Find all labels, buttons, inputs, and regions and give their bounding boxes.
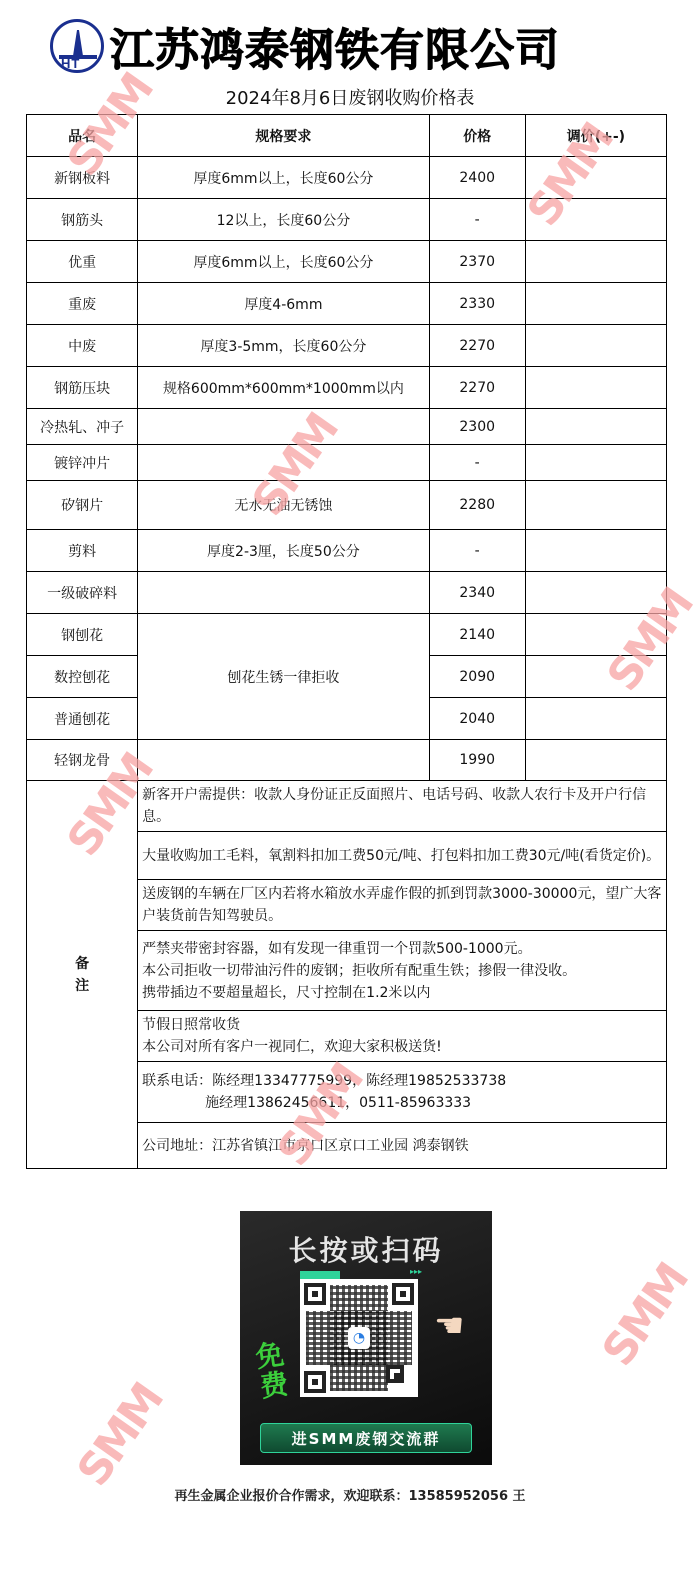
contact-phone-line: 施经理13862456611，0511-85963333 bbox=[142, 1092, 662, 1114]
col-header-spec: 规格要求 bbox=[138, 115, 429, 157]
col-header-adjust: 调价(+-) bbox=[525, 115, 666, 157]
item-adjust bbox=[525, 157, 666, 199]
note-line: 节假日照常收货 bbox=[142, 1014, 662, 1036]
item-adjust bbox=[525, 199, 666, 241]
note-line: 本公司对所有客户一视同仁，欢迎大家积极送货! bbox=[142, 1036, 662, 1058]
item-price: - bbox=[429, 199, 525, 241]
table-row: 剪料 厚度2-3厘，长度50公分 - bbox=[27, 530, 667, 572]
item-price: 2330 bbox=[429, 283, 525, 325]
item-price: 2300 bbox=[429, 409, 525, 445]
table-row: 钢筋压块 规格600mm*600mm*1000mm以内 2270 bbox=[27, 367, 667, 409]
item-spec: 厚度6mm以上，长度60公分 bbox=[138, 241, 429, 283]
item-adjust bbox=[525, 283, 666, 325]
table-row: 重废 厚度4-6mm 2330 bbox=[27, 283, 667, 325]
item-price: - bbox=[429, 530, 525, 572]
table-header-row: 品名 规格要求 价格 调价(+-) bbox=[27, 115, 667, 157]
item-price: 2270 bbox=[429, 367, 525, 409]
note-holiday: 节假日照常收货 本公司对所有客户一视同仁，欢迎大家积极送货! bbox=[138, 1011, 667, 1062]
item-price: 2400 bbox=[429, 157, 525, 199]
free-badge: 免 费 bbox=[254, 1339, 290, 1402]
item-adjust bbox=[525, 698, 666, 740]
smm-watermark: SMM bbox=[593, 1256, 698, 1376]
item-name: 新钢板料 bbox=[27, 157, 138, 199]
item-spec bbox=[138, 409, 429, 445]
qr-finder-icon bbox=[304, 1371, 326, 1393]
notes-row: 备 注 新客开户需提供：收款人身份证正反面照片、电话号码、收款人农行卡及开户行信… bbox=[27, 781, 667, 832]
note-line: 携带插边不要超量超长，尺寸控制在1.2米以内 bbox=[142, 982, 662, 1004]
table-row: 轻钢龙骨 1990 bbox=[27, 740, 667, 781]
item-name: 镀锌冲片 bbox=[27, 445, 138, 481]
notes-label: 备 注 bbox=[27, 781, 138, 1169]
item-spec bbox=[138, 572, 429, 614]
item-adjust bbox=[525, 614, 666, 656]
note-contact: 联系电话：陈经理13347775999，陈经理19852533738 施经理13… bbox=[138, 1062, 667, 1123]
qr-code-card[interactable]: 长按或扫码 ▸▸▸ ◔ 免 费 ☚ 进SMM废钢交流群 bbox=[240, 1211, 492, 1465]
chat-logo-icon: ◔ bbox=[348, 1327, 370, 1349]
free-text: 费 bbox=[258, 1369, 290, 1403]
table-row: 中废 厚度3-5mm，长度60公分 2270 bbox=[27, 325, 667, 367]
item-price: 2370 bbox=[429, 241, 525, 283]
table-row: 镀锌冲片 - bbox=[27, 445, 667, 481]
item-name: 一级破碎料 bbox=[27, 572, 138, 614]
item-adjust bbox=[525, 325, 666, 367]
page-title: 2024年8月6日废钢收购价格表 bbox=[0, 84, 700, 110]
table-row: 优重 厚度6mm以上，长度60公分 2370 bbox=[27, 241, 667, 283]
note-line: 本公司拒收一切带油污件的废钢；拒收所有配重生铁；掺假一律没收。 bbox=[142, 960, 662, 982]
item-price: 2280 bbox=[429, 481, 525, 530]
arrows-icon: ▸▸▸ bbox=[410, 1267, 422, 1276]
item-name: 优重 bbox=[27, 241, 138, 283]
item-price: 2270 bbox=[429, 325, 525, 367]
note-prohibited: 严禁夹带密封容器，如有发现一律重罚一个罚款500-1000元。 本公司拒收一切带… bbox=[138, 931, 667, 1011]
note-new-customer: 新客开户需提供：收款人身份证正反面照片、电话号码、收款人农行卡及开户行信息。 bbox=[138, 781, 667, 832]
qr-tab-decoration bbox=[300, 1271, 340, 1279]
item-spec-merged: 刨花生锈一律拒收 bbox=[138, 614, 429, 740]
item-name: 数控刨花 bbox=[27, 656, 138, 698]
item-adjust bbox=[525, 445, 666, 481]
item-spec: 规格600mm*600mm*1000mm以内 bbox=[138, 367, 429, 409]
price-table: 品名 规格要求 价格 调价(+-) 新钢板料 厚度6mm以上，长度60公分 24… bbox=[26, 114, 667, 1169]
item-price: 2040 bbox=[429, 698, 525, 740]
col-header-price: 价格 bbox=[429, 115, 525, 157]
table-row: 一级破碎料 2340 bbox=[27, 572, 667, 614]
item-name: 钢筋头 bbox=[27, 199, 138, 241]
smm-watermark: SMM bbox=[68, 1376, 173, 1496]
item-adjust bbox=[525, 572, 666, 614]
note-address: 公司地址：江苏省镇江市京口区京口工业园 鸿泰钢铁 bbox=[138, 1123, 667, 1169]
item-name: 矽钢片 bbox=[27, 481, 138, 530]
table-row: 钢刨花 刨花生锈一律拒收 2140 bbox=[27, 614, 667, 656]
qr-finder-icon bbox=[386, 1365, 404, 1383]
table-row: 矽钢片 无水无油无锈蚀 2280 bbox=[27, 481, 667, 530]
qr-finder-icon bbox=[392, 1283, 414, 1305]
qr-title: 长按或扫码 bbox=[240, 1229, 492, 1269]
item-adjust bbox=[525, 656, 666, 698]
item-adjust bbox=[525, 481, 666, 530]
item-price: 2340 bbox=[429, 572, 525, 614]
item-adjust bbox=[525, 530, 666, 572]
item-spec: 厚度2-3厘，长度50公分 bbox=[138, 530, 429, 572]
table-row: 新钢板料 厚度6mm以上，长度60公分 2400 bbox=[27, 157, 667, 199]
item-spec: 厚度4-6mm bbox=[138, 283, 429, 325]
item-spec: 12以上，长度60公分 bbox=[138, 199, 429, 241]
item-adjust bbox=[525, 367, 666, 409]
item-price: - bbox=[429, 445, 525, 481]
note-processing-fee: 大量收购加工毛料，氧割料扣加工费50元/吨、打包料扣加工费30元/吨(看货定价)… bbox=[138, 832, 667, 880]
join-group-banner[interactable]: 进SMM废钢交流群 bbox=[260, 1423, 472, 1453]
notes-label-line: 备 bbox=[27, 953, 137, 975]
item-spec bbox=[138, 740, 429, 781]
company-header: HT 江苏鸿泰钢铁有限公司 bbox=[50, 18, 560, 74]
item-spec: 无水无油无锈蚀 bbox=[138, 481, 429, 530]
item-adjust bbox=[525, 241, 666, 283]
item-name: 重废 bbox=[27, 283, 138, 325]
contact-phone-line: 联系电话：陈经理13347775999，陈经理19852533738 bbox=[142, 1070, 662, 1092]
company-logo-icon: HT bbox=[50, 19, 104, 73]
note-line: 严禁夹带密封容器，如有发现一律重罚一个罚款500-1000元。 bbox=[142, 938, 662, 960]
pointing-hand-icon: ☚ bbox=[434, 1306, 464, 1346]
item-name: 中废 bbox=[27, 325, 138, 367]
table-row: 钢筋头 12以上，长度60公分 - bbox=[27, 199, 667, 241]
footer-contact: 再生金属企业报价合作需求，欢迎联系：13585952056 王 bbox=[0, 1485, 700, 1504]
tower-icon bbox=[73, 30, 83, 56]
note-fraud-penalty: 送废钢的车辆在厂区内若将水箱放水弄虚作假的抓到罚款3000-30000元，望广大… bbox=[138, 880, 667, 931]
qr-finder-icon bbox=[304, 1283, 326, 1305]
item-spec: 厚度3-5mm，长度60公分 bbox=[138, 325, 429, 367]
qr-code[interactable]: ◔ bbox=[300, 1279, 418, 1397]
company-name: 江苏鸿泰钢铁有限公司 bbox=[110, 14, 560, 78]
item-price: 1990 bbox=[429, 740, 525, 781]
item-name: 轻钢龙骨 bbox=[27, 740, 138, 781]
item-spec: 厚度6mm以上，长度60公分 bbox=[138, 157, 429, 199]
logo-letters: HT bbox=[61, 56, 80, 71]
item-name: 钢刨花 bbox=[27, 614, 138, 656]
item-price: 2090 bbox=[429, 656, 525, 698]
col-header-name: 品名 bbox=[27, 115, 138, 157]
notes-label-line: 注 bbox=[27, 975, 137, 997]
table-row: 冷热轧、冲子 2300 bbox=[27, 409, 667, 445]
item-name: 普通刨花 bbox=[27, 698, 138, 740]
item-name: 剪料 bbox=[27, 530, 138, 572]
item-price: 2140 bbox=[429, 614, 525, 656]
item-spec bbox=[138, 445, 429, 481]
item-name: 钢筋压块 bbox=[27, 367, 138, 409]
item-adjust bbox=[525, 740, 666, 781]
item-name: 冷热轧、冲子 bbox=[27, 409, 138, 445]
item-adjust bbox=[525, 409, 666, 445]
